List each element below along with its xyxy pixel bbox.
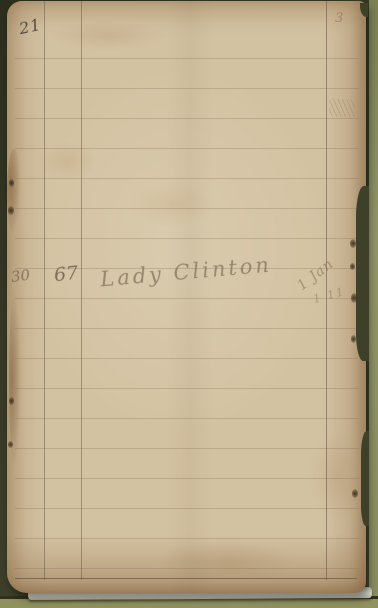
background-right-strip xyxy=(369,0,378,608)
page-number-top-right-faint: 3 xyxy=(335,11,343,26)
ruled-lines xyxy=(15,29,359,580)
torn-right-edge-notch-small xyxy=(361,431,369,526)
right-edge-speck xyxy=(350,263,355,270)
right-edge-speck xyxy=(351,335,356,343)
photograph-of-ledger-page: 21 3 30 67 Lady Clinton 1 Jan 1 11 xyxy=(0,0,378,608)
left-edge-speck xyxy=(8,206,14,215)
torn-top-right-corner xyxy=(360,3,368,17)
margin-line-left-outer xyxy=(44,1,45,580)
left-edge-speck xyxy=(8,441,13,448)
entry-folio-number: 67 xyxy=(53,262,79,286)
left-edge-speck xyxy=(9,397,14,405)
torn-right-edge-notch-large xyxy=(356,186,369,361)
entry-left-number: 30 xyxy=(10,266,31,286)
ledger-page: 21 3 30 67 Lady Clinton 1 Jan 1 11 xyxy=(7,1,366,593)
margin-line-left-inner xyxy=(81,1,82,580)
bottom-boundary-rule xyxy=(15,578,357,579)
pencil-hatch-smudge xyxy=(328,98,355,118)
right-edge-speck xyxy=(350,239,356,248)
right-edge-speck xyxy=(351,293,357,303)
left-edge-speck xyxy=(9,179,14,187)
right-edge-speck xyxy=(352,489,358,498)
